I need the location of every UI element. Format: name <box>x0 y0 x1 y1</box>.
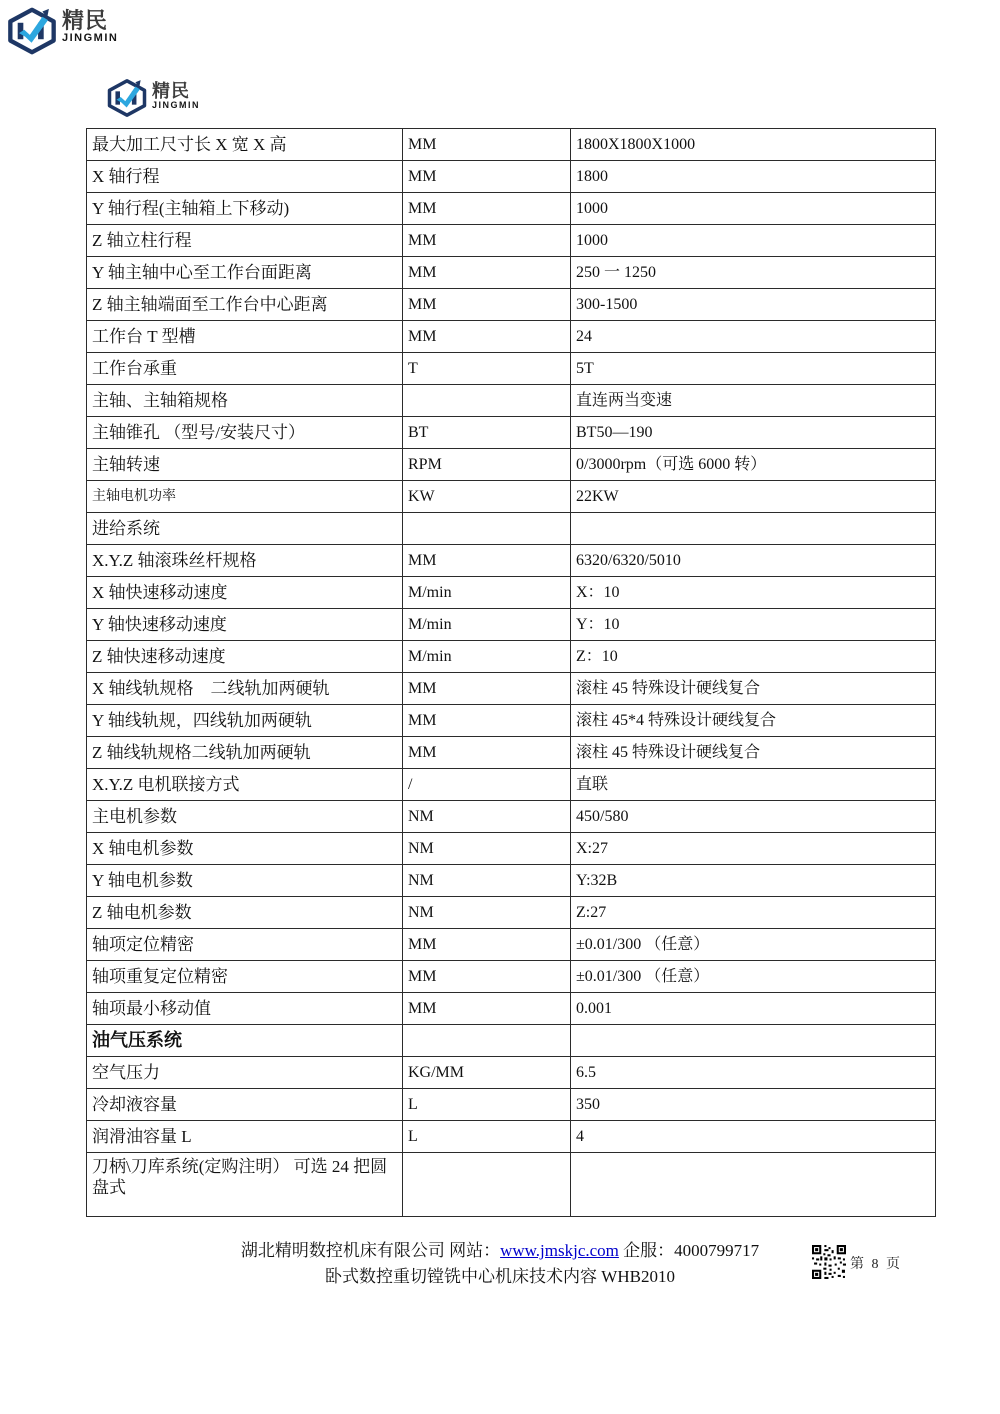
table-row: Z 轴线轨规格二线轨加两硬轨MM滚柱 45 特殊设计硬线复合 <box>87 737 936 769</box>
cell-value: 1000 <box>571 225 936 257</box>
jingmin-hexagon-icon <box>106 78 148 118</box>
cell-unit: / <box>403 769 571 801</box>
cell-unit: NM <box>403 833 571 865</box>
cell-name: 轴项最小移动值 <box>87 993 403 1025</box>
cell-name: Z 轴线轨规格二线轨加两硬轨 <box>87 737 403 769</box>
footer-company-text: 湖北精明数控机床有限公司 网站： <box>241 1241 500 1260</box>
cell-name: 空气压力 <box>87 1057 403 1089</box>
cell-unit: BT <box>403 417 571 449</box>
table-row: Z 轴立柱行程MM1000 <box>87 225 936 257</box>
footer-service-text: 企服：4000799717 <box>619 1241 759 1260</box>
cell-name: 工作台 T 型槽 <box>87 321 403 353</box>
cell-value: 4 <box>571 1121 936 1153</box>
cell-unit: RPM <box>403 449 571 481</box>
spec-table-body: 最大加工尺寸长 X 宽 X 高MM1800X1800X1000X 轴行程MM18… <box>87 129 936 1217</box>
table-row: Y 轴主轴中心至工作台面距离MM250 一 1250 <box>87 257 936 289</box>
cell-value: X：10 <box>571 577 936 609</box>
cell-unit: NM <box>403 865 571 897</box>
cell-value: X:27 <box>571 833 936 865</box>
table-row: 刀柄\刀库系统(定购注明） 可选 24 把圆盘式 <box>87 1153 936 1217</box>
cell-name: 润滑油容量 L <box>87 1121 403 1153</box>
cell-name: 主轴转速 <box>87 449 403 481</box>
cell-unit: NM <box>403 801 571 833</box>
cell-name: X.Y.Z 电机联接方式 <box>87 769 403 801</box>
cell-name: Z 轴立柱行程 <box>87 225 403 257</box>
table-row: Y 轴电机参数NMY:32B <box>87 865 936 897</box>
table-row: 主轴锥孔 （型号/安装尺寸）BTBT50—190 <box>87 417 936 449</box>
cell-unit: L <box>403 1121 571 1153</box>
cell-value: ±0.01/300 （任意） <box>571 929 936 961</box>
cell-unit: MM <box>403 289 571 321</box>
cell-unit: T <box>403 353 571 385</box>
table-row: X 轴电机参数NMX:27 <box>87 833 936 865</box>
cell-unit: MM <box>403 321 571 353</box>
table-row: X.Y.Z 电机联接方式/直联 <box>87 769 936 801</box>
cell-value: Z：10 <box>571 641 936 673</box>
cell-value: 5T <box>571 353 936 385</box>
cell-value: Z:27 <box>571 897 936 929</box>
cell-unit: MM <box>403 993 571 1025</box>
cell-name: Y 轴行程(主轴箱上下移动) <box>87 193 403 225</box>
table-row: X 轴行程MM1800 <box>87 161 936 193</box>
cell-value: Y：10 <box>571 609 936 641</box>
cell-value: 24 <box>571 321 936 353</box>
cell-name: 冷却液容量 <box>87 1089 403 1121</box>
brand-name-en: JINGMIN <box>152 100 200 111</box>
table-row: Y 轴行程(主轴箱上下移动)MM1000 <box>87 193 936 225</box>
cell-unit <box>403 513 571 545</box>
cell-value: 0.001 <box>571 993 936 1025</box>
page-number: 第 8 页 <box>850 1253 920 1273</box>
brand-name-cn: 精民 <box>62 10 118 32</box>
table-row: 冷却液容量L350 <box>87 1089 936 1121</box>
cell-value <box>571 1025 936 1057</box>
cell-value: 300-1500 <box>571 289 936 321</box>
table-row: Z 轴电机参数NMZ:27 <box>87 897 936 929</box>
cell-unit <box>403 1025 571 1057</box>
cell-value: Y:32B <box>571 865 936 897</box>
cell-value: 250 一 1250 <box>571 257 936 289</box>
cell-unit: MM <box>403 737 571 769</box>
table-row: 最大加工尺寸长 X 宽 X 高MM1800X1800X1000 <box>87 129 936 161</box>
cell-value: 直连两当变速 <box>571 385 936 417</box>
cell-unit: MM <box>403 545 571 577</box>
cell-value: 滚柱 45 特殊设计硬线复合 <box>571 673 936 705</box>
cell-name: Z 轴电机参数 <box>87 897 403 929</box>
cell-name: X 轴快速移动速度 <box>87 577 403 609</box>
cell-unit <box>403 1153 571 1217</box>
website-link[interactable]: www.jmskjc.com <box>500 1241 619 1260</box>
cell-unit: MM <box>403 129 571 161</box>
cell-value <box>571 513 936 545</box>
cell-name: 刀柄\刀库系统(定购注明） 可选 24 把圆盘式 <box>87 1153 403 1217</box>
table-row: X 轴线轨规格 二线轨加两硬轨MM滚柱 45 特殊设计硬线复合 <box>87 673 936 705</box>
cell-unit: KG/MM <box>403 1057 571 1089</box>
cell-value: BT50—190 <box>571 417 936 449</box>
table-row: 空气压力KG/MM6.5 <box>87 1057 936 1089</box>
document-logo: 精民 JINGMIN <box>106 78 200 118</box>
table-row: 轴项最小移动值MM0.001 <box>87 993 936 1025</box>
cell-unit: MM <box>403 929 571 961</box>
cell-name: 主轴电机功率 <box>87 481 403 513</box>
cell-name: 主轴、主轴箱规格 <box>87 385 403 417</box>
cell-unit: MM <box>403 225 571 257</box>
cell-value: 350 <box>571 1089 936 1121</box>
cell-unit: MM <box>403 161 571 193</box>
cell-unit: KW <box>403 481 571 513</box>
cell-unit: NM <box>403 897 571 929</box>
table-row: Z 轴快速移动速度M/minZ：10 <box>87 641 936 673</box>
cell-value <box>571 1153 936 1217</box>
cell-name: 进给系统 <box>87 513 403 545</box>
cell-name: 轴项重复定位精密 <box>87 961 403 993</box>
cell-name: Y 轴线轨规，四线轨加两硬轨 <box>87 705 403 737</box>
cell-value: 1000 <box>571 193 936 225</box>
cell-unit: MM <box>403 961 571 993</box>
brand-name-cn: 精民 <box>152 82 200 100</box>
cell-name: X 轴线轨规格 二线轨加两硬轨 <box>87 673 403 705</box>
cell-unit: MM <box>403 257 571 289</box>
table-row: 主电机参数NM450/580 <box>87 801 936 833</box>
cell-value: 450/580 <box>571 801 936 833</box>
cell-name: 工作台承重 <box>87 353 403 385</box>
cell-value: 滚柱 45*4 特殊设计硬线复合 <box>571 705 936 737</box>
brand-name-en: JINGMIN <box>62 32 118 45</box>
cell-unit: M/min <box>403 641 571 673</box>
cell-value: 22KW <box>571 481 936 513</box>
cell-value: 滚柱 45 特殊设计硬线复合 <box>571 737 936 769</box>
cell-value: 1800 <box>571 161 936 193</box>
table-row: Z 轴主轴端面至工作台中心距离MM300-1500 <box>87 289 936 321</box>
table-row: X 轴快速移动速度M/minX：10 <box>87 577 936 609</box>
company-logo: 精民 JINGMIN <box>6 6 118 56</box>
jingmin-hexagon-icon <box>6 6 58 56</box>
cell-name: X 轴电机参数 <box>87 833 403 865</box>
table-row: 轴项定位精密MM±0.01/300 （任意） <box>87 929 936 961</box>
table-row: 主轴电机功率KW22KW <box>87 481 936 513</box>
qr-code <box>812 1245 846 1279</box>
cell-unit: M/min <box>403 577 571 609</box>
table-row: X.Y.Z 轴滚珠丝杆规格MM6320/6320/5010 <box>87 545 936 577</box>
document-page: 精民 JINGMIN 精民 JINGMIN 最大加工尺寸长 X 宽 X 高MM1… <box>0 0 1000 1414</box>
cell-unit: M/min <box>403 609 571 641</box>
cell-name: 主轴锥孔 （型号/安装尺寸） <box>87 417 403 449</box>
cell-value: ±0.01/300 （任意） <box>571 961 936 993</box>
table-row: 主轴转速RPM0/3000rpm（可选 6000 转） <box>87 449 936 481</box>
cell-name: Y 轴电机参数 <box>87 865 403 897</box>
cell-name: Z 轴主轴端面至工作台中心距离 <box>87 289 403 321</box>
cell-name: X.Y.Z 轴滚珠丝杆规格 <box>87 545 403 577</box>
table-row: 油气压系统 <box>87 1025 936 1057</box>
cell-value: 0/3000rpm（可选 6000 转） <box>571 449 936 481</box>
table-row: Y 轴线轨规，四线轨加两硬轨MM滚柱 45*4 特殊设计硬线复合 <box>87 705 936 737</box>
cell-name: Y 轴主轴中心至工作台面距离 <box>87 257 403 289</box>
table-row: 轴项重复定位精密MM±0.01/300 （任意） <box>87 961 936 993</box>
cell-unit: MM <box>403 673 571 705</box>
table-row: 主轴、主轴箱规格直连两当变速 <box>87 385 936 417</box>
table-row: 工作台承重T5T <box>87 353 936 385</box>
cell-name: Y 轴快速移动速度 <box>87 609 403 641</box>
spec-table: 最大加工尺寸长 X 宽 X 高MM1800X1800X1000X 轴行程MM18… <box>86 128 936 1217</box>
table-row: 进给系统 <box>87 513 936 545</box>
cell-value: 1800X1800X1000 <box>571 129 936 161</box>
cell-name: 最大加工尺寸长 X 宽 X 高 <box>87 129 403 161</box>
cell-unit: MM <box>403 193 571 225</box>
cell-value: 直联 <box>571 769 936 801</box>
cell-unit: L <box>403 1089 571 1121</box>
cell-name: 油气压系统 <box>87 1025 403 1057</box>
cell-name: 主电机参数 <box>87 801 403 833</box>
table-row: Y 轴快速移动速度M/minY：10 <box>87 609 936 641</box>
table-row: 工作台 T 型槽MM24 <box>87 321 936 353</box>
cell-unit: MM <box>403 705 571 737</box>
cell-name: Z 轴快速移动速度 <box>87 641 403 673</box>
cell-unit <box>403 385 571 417</box>
table-row: 润滑油容量 LL4 <box>87 1121 936 1153</box>
cell-name: X 轴行程 <box>87 161 403 193</box>
cell-value: 6.5 <box>571 1057 936 1089</box>
cell-name: 轴项定位精密 <box>87 929 403 961</box>
cell-value: 6320/6320/5010 <box>571 545 936 577</box>
